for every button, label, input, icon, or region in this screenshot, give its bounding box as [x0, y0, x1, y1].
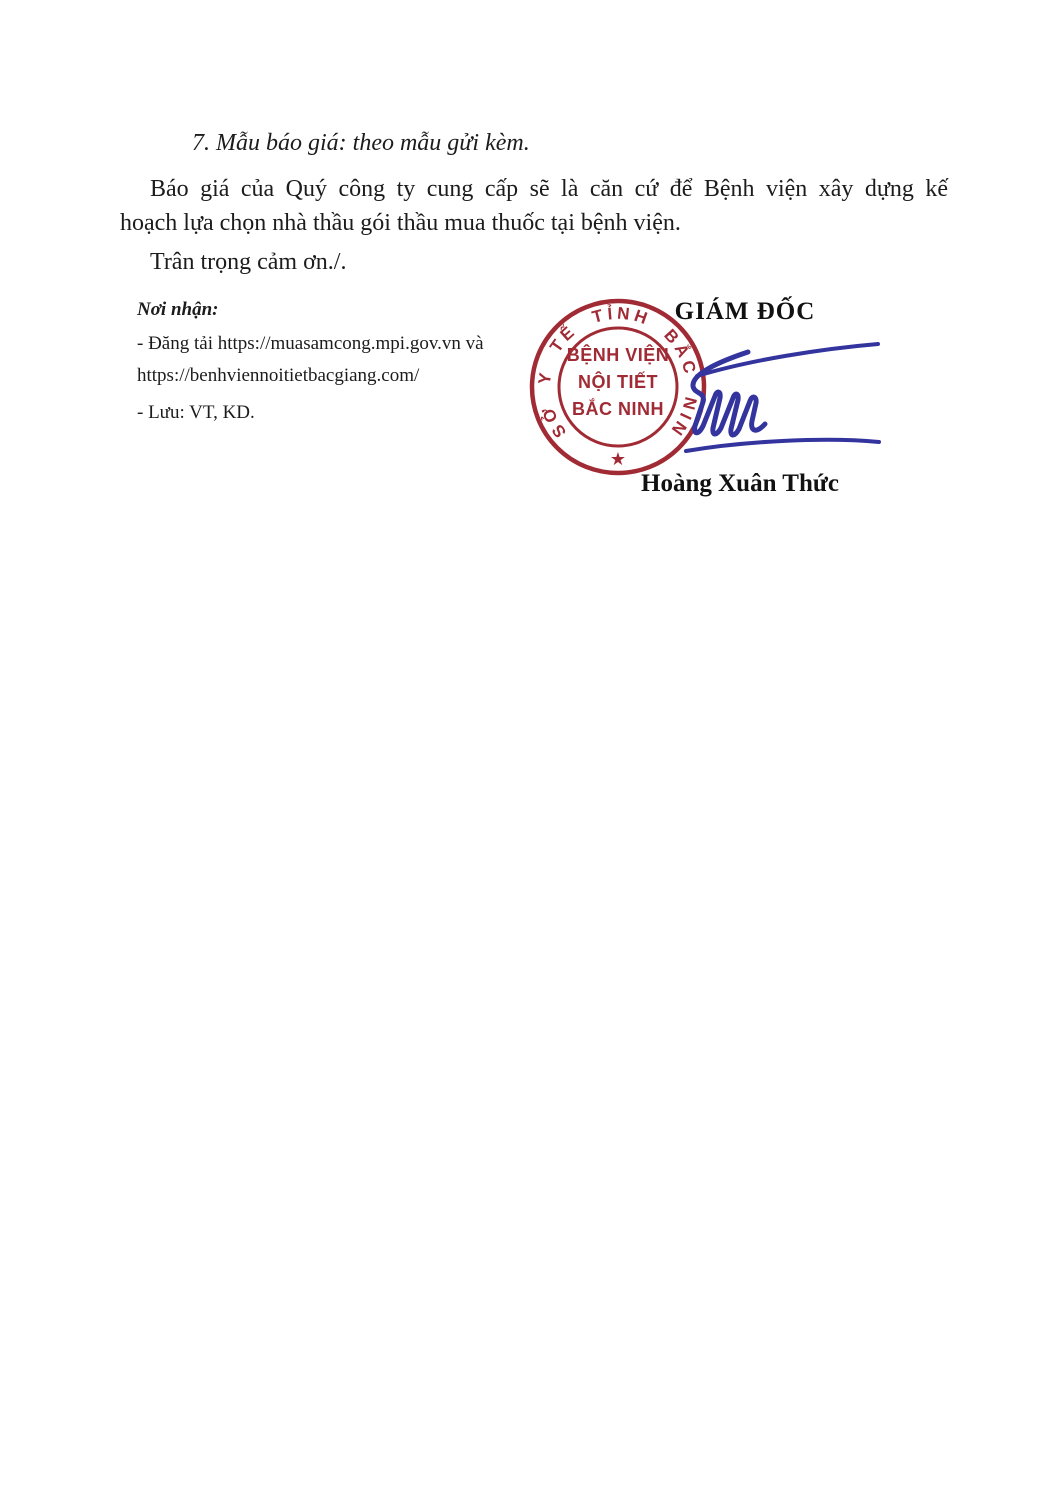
handwritten-signature: [660, 330, 890, 470]
document-page: 7. Mẫu báo giá: theo mẫu gửi kèm. Báo gi…: [0, 0, 1061, 1500]
stamp-star-icon: ★: [610, 449, 626, 469]
recipients-block: Nơi nhận: - Đăng tải https://muasamcong.…: [137, 299, 567, 424]
stamp-center-line-1: BỆNH VIỆN: [567, 344, 670, 365]
signer-name: Hoàng Xuân Thức: [615, 470, 865, 498]
signature-underline-stroke: [686, 440, 879, 451]
item7-heading: 7. Mẫu báo giá: theo mẫu gửi kèm.: [192, 130, 530, 157]
stamp-center-line-2: NỘI TIẾT: [578, 371, 658, 392]
recipient-line-publish: - Đăng tải https://muasamcong.mpi.gov.vn…: [137, 333, 567, 355]
closing-salutation: Trân trọng cảm ơn./.: [150, 249, 346, 276]
recipient-line-url: https://benhviennoitietbacgiang.com/: [137, 365, 567, 387]
body-paragraph: Báo giá của Quý công ty cung cấp sẽ là c…: [120, 172, 948, 240]
body-paragraph-line-2: hoạch lựa chọn nhà thầu gói thầu mua thu…: [120, 206, 948, 240]
recipients-heading: Nơi nhận:: [137, 299, 567, 321]
body-paragraph-line-1: Báo giá của Quý công ty cung cấp sẽ là c…: [120, 172, 948, 206]
recipient-line-archive: - Lưu: VT, KD.: [137, 402, 567, 424]
stamp-center-line-3: BẮC NINH: [572, 398, 664, 419]
signature-zigzag-stroke: [693, 352, 765, 435]
